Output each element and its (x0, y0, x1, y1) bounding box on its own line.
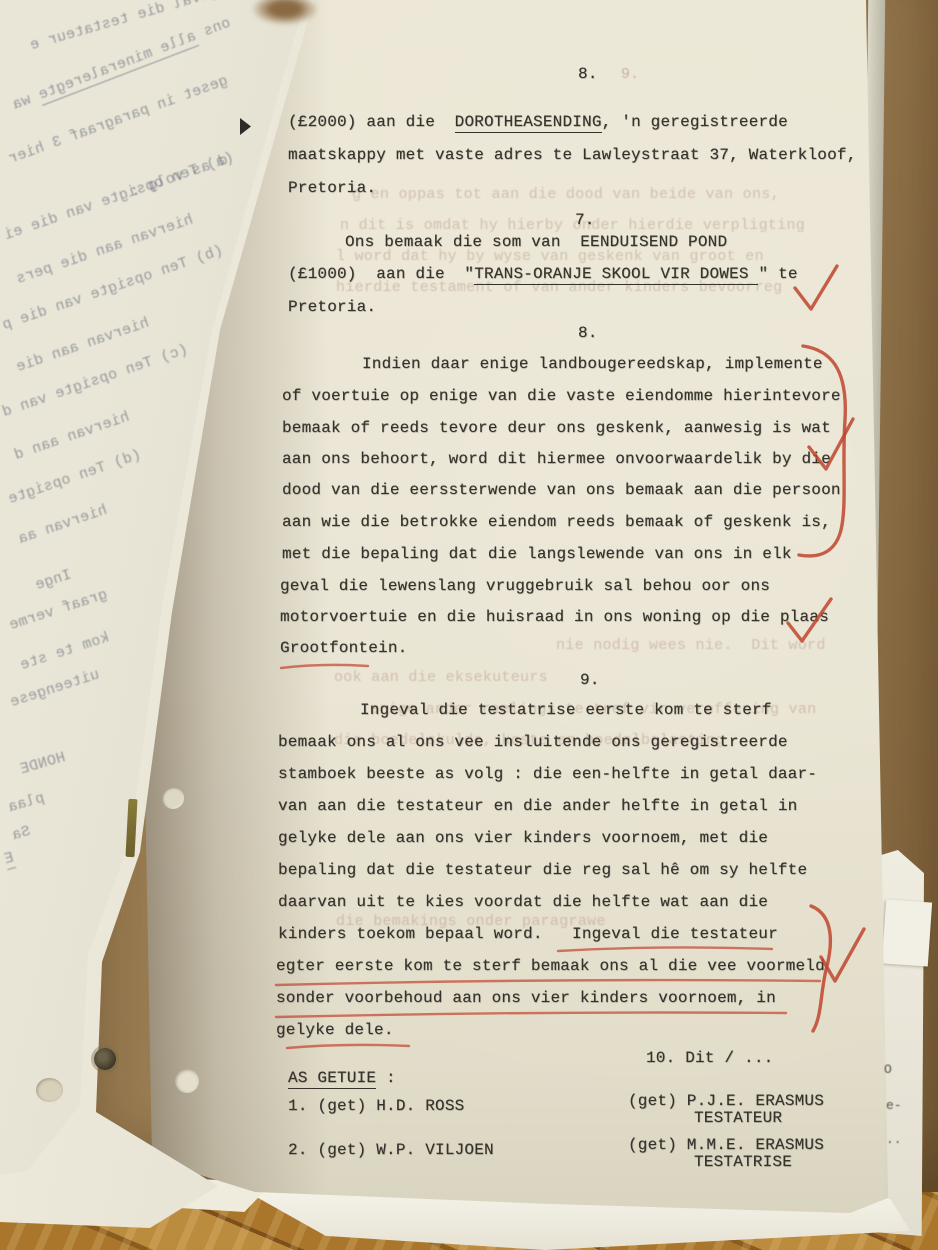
mirrored-line: Sa (10, 823, 33, 844)
mirrored-line: (c) Ten opsigte van d (0, 341, 190, 421)
mirrored-line: HONDE (18, 749, 67, 778)
mirrored-text-span: (b) Ten opsigte van die p (0, 242, 225, 334)
binding-fuzz (252, 0, 318, 25)
mirrored-line: graaf verme (7, 586, 110, 634)
mirrored-text-span: (c) Ten opsigte van d (0, 341, 190, 421)
mirrored-line: hiervan aa (16, 502, 109, 548)
photo-of-typewritten-will-page: Oe-.. 8. 9. g en oppas tot aan die dood … (0, 0, 938, 1250)
mirrored-text-span: (a) Ten opsigte van die ei (2, 149, 236, 244)
mirrored-text-span: HONDE (18, 749, 67, 778)
mirrored-line: (a) Ten opsigte van die ei (2, 149, 236, 244)
punch-hole (36, 1078, 63, 1102)
mirrored-line: E (2, 849, 16, 868)
mirrored-text-span: graaf verme (7, 586, 110, 634)
mirrored-line: Inge (33, 566, 74, 594)
underlined-text: E (2, 849, 16, 870)
mirrored-text-span: Inge (33, 566, 74, 594)
mirrored-text-span: E (2, 849, 16, 868)
mirrored-text-span: Sa (10, 823, 33, 844)
mirrored-text-span: plaa (6, 790, 46, 817)
mirrored-bleed-text: Ingeval die testateur eons alle minerale… (0, 0, 938, 1250)
mirrored-line: (b) Ten opsigte van die p (0, 242, 225, 334)
mirrored-line: plaa (6, 790, 46, 817)
mirrored-text-span: kom te ste (18, 629, 112, 674)
mirrored-text-span: hiervan aa (16, 502, 109, 548)
brass-fastener (94, 1048, 116, 1070)
mirrored-line: kom te ste (18, 629, 112, 674)
